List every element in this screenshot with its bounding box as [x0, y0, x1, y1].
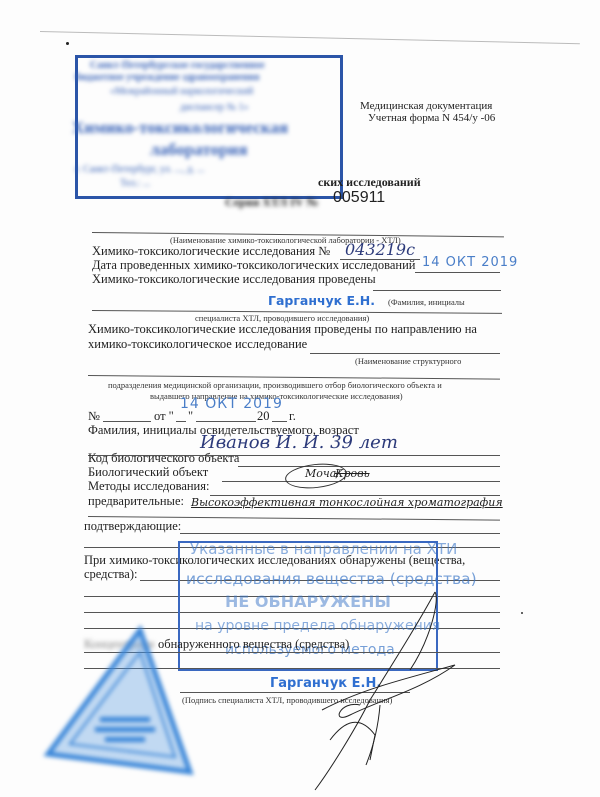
result-stamp-line3: НЕ ОБНАРУЖЕНЫ: [225, 592, 391, 611]
quote-close: ": [188, 409, 193, 424]
lab-stamp-line: Санкт-Петербургское государственное: [90, 60, 265, 71]
methods-label: Методы исследования:: [88, 479, 209, 494]
lab-stamp: Санкт-Петербургское государственное бюдж…: [70, 58, 350, 198]
division-caption-2: подразделения медицинской организации, п…: [108, 380, 442, 390]
lab-stamp-line: «Межрайонный наркологический: [110, 86, 253, 97]
referral-label-1: Химико-токсикологические исследования пр…: [88, 322, 477, 337]
study-number-label: Химико-токсикологические исследования №: [92, 244, 330, 259]
day-line: [176, 421, 186, 422]
year-line: [272, 421, 287, 422]
division-line: [88, 375, 500, 380]
date-label: Дата проведенных химико-токсикологически…: [92, 258, 415, 273]
date-line: [415, 272, 500, 273]
referral-line: [310, 353, 500, 354]
lab-stamp-line: лаборатория: [150, 140, 247, 160]
conducted-line: [373, 290, 501, 291]
confirming-label: подтверждающие:: [84, 519, 181, 534]
bio-object-label: Биологический объект: [88, 465, 208, 480]
subject-value[interactable]: Иванов И. И. 39 лет: [200, 432, 398, 453]
bio-code-label: Код биологического объекта: [88, 451, 239, 466]
from-label: от ": [154, 409, 174, 424]
division-caption-1: (Наименование структурного: [355, 356, 461, 366]
found-label-2: средства):: [84, 567, 137, 582]
scan-dot: [521, 612, 523, 614]
signature-line: [180, 692, 410, 693]
lab-stamp-line: Химико-токсикологическая: [72, 118, 288, 138]
result-stamp-line2: исследования вещества (средства): [186, 570, 477, 588]
lab-stamp-line: г. Санкт-Петербург, ул. ..., д. ...: [75, 164, 205, 175]
form-title-fragment: ских исследований: [318, 175, 421, 190]
lab-stamp-line: бюджетное учреждение здравоохранения: [75, 72, 259, 83]
doc-type-line1: Медицинская документация: [360, 100, 492, 112]
year-suffix: г.: [289, 409, 296, 424]
series-number: 005911: [333, 189, 385, 207]
lab-stamp-line: Тел.: ...: [120, 178, 150, 189]
doc-type-line2: Учетная форма N 454/у -06: [368, 112, 495, 124]
scan-dot: [66, 42, 69, 45]
triangle-stamp: [40, 622, 200, 782]
signature-stamp: Гарганчук Е.Н.: [270, 676, 381, 691]
scan-edge-line: [40, 31, 580, 44]
specialist-caption-1: (Фамилия, инициалы: [388, 297, 465, 307]
study-number-value[interactable]: 043219с: [345, 240, 415, 259]
preliminary-value[interactable]: Высокоэффективная тонкослойная хроматогр…: [191, 496, 503, 509]
referral-label-2: химико-токсикологическое исследование: [88, 337, 307, 352]
preliminary-label: предварительные:: [88, 494, 184, 509]
series-label: Серия ХТЛ IV №: [225, 195, 318, 210]
conducted-label: Химико-токсикологические исследования пр…: [92, 272, 376, 287]
number-label: №: [88, 409, 100, 424]
bio-object-line: [222, 481, 500, 482]
date-stamp: 14 ОКТ 2019: [422, 255, 518, 270]
number-line: [103, 421, 151, 422]
bio-object-struck: Кровь: [335, 467, 370, 480]
year-label: 20: [257, 409, 270, 424]
confirming-line: [180, 533, 500, 534]
signature-caption: (Подпись специалиста ХТЛ, проводившего и…: [182, 695, 392, 705]
lab-stamp-line: диспансер № 1»: [180, 102, 249, 113]
month-line: [196, 421, 256, 422]
result-stamp-line4: на уровне предела обнаружения: [195, 618, 440, 634]
result-stamp-line1: Указанные в направлении на ХТИ: [190, 540, 457, 558]
specialist-stamp: Гарганчук Е.Н.: [268, 293, 375, 308]
